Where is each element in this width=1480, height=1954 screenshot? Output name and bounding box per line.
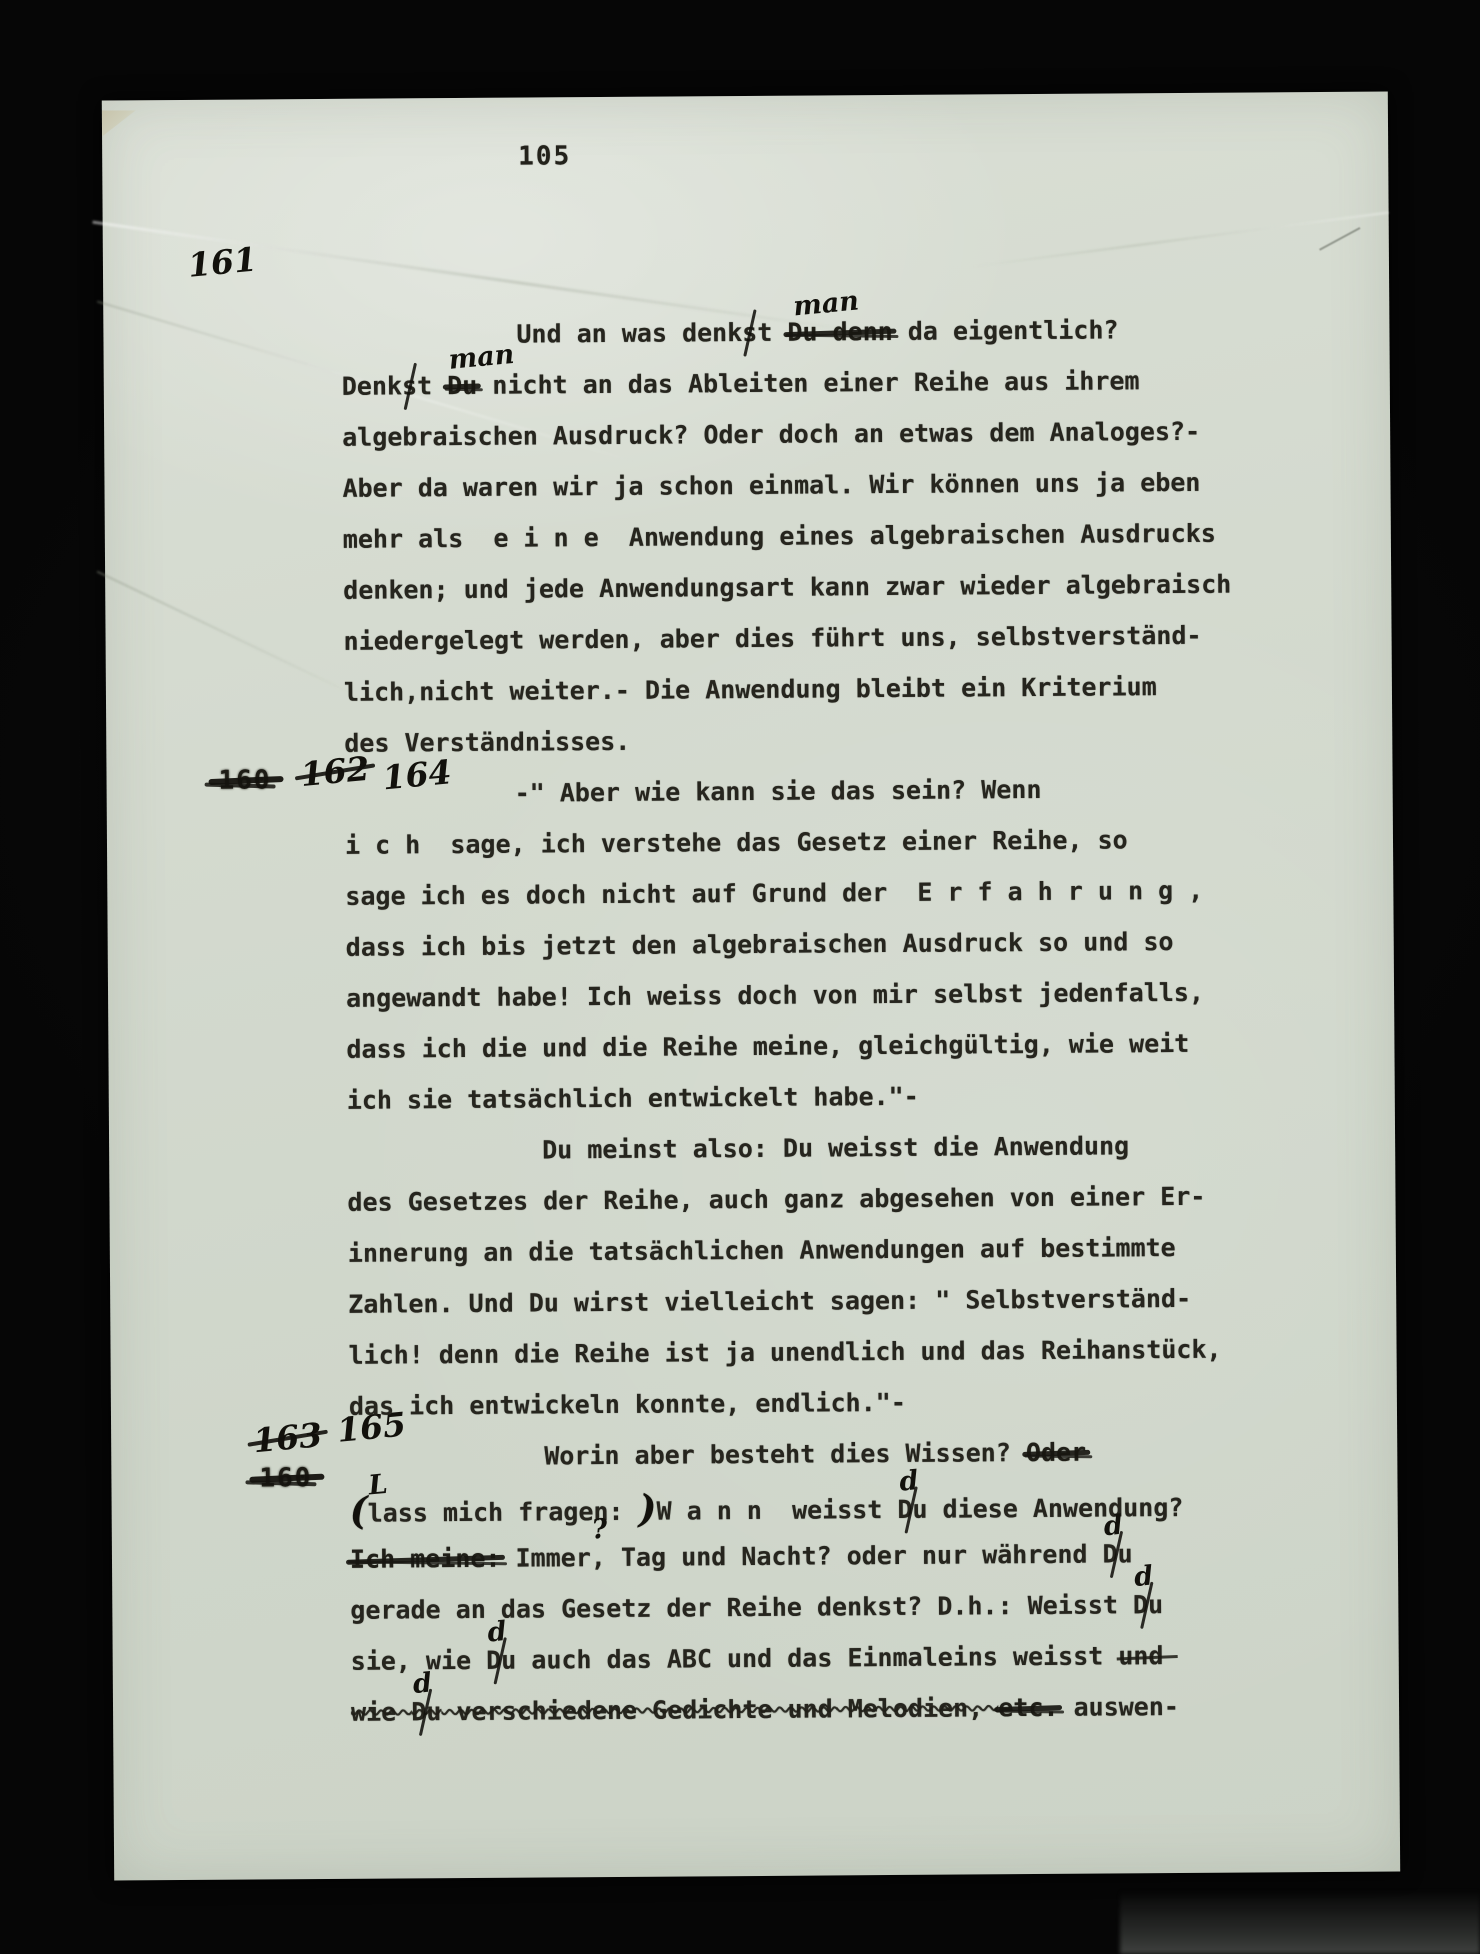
typed-line: denken; und jede Anwendungsart kann zwar…: [343, 558, 1343, 616]
typed-segment: Ich meine:: [350, 1544, 501, 1574]
margin-number: 161: [187, 243, 259, 282]
typed-segment: Denk: [342, 371, 402, 400]
typed-segment: Dud: [1102, 1539, 1132, 1568]
typed-segment: dass ich die und die Reihe meine, gleich…: [346, 1029, 1189, 1064]
typed-segment: Dud: [1133, 1590, 1163, 1619]
typed-segment: ,?: [591, 1543, 606, 1572]
typed-segment: das ich entwickeln konnte, endlich."-: [349, 1388, 906, 1421]
typed-segment: Du meinst also: Du weisst die Anwendung: [542, 1131, 1129, 1164]
corner-fold: [102, 110, 136, 136]
typed-segment: Dud: [486, 1646, 516, 1675]
typed-line: Zahlen. Und Du wirst vielleicht sagen: "…: [348, 1272, 1348, 1330]
typed-line: wie Dud verschiedene Gedichte und Melodi…: [351, 1680, 1351, 1738]
typed-segment: ich sie tatsächlich entwickelt habe."-: [347, 1082, 919, 1115]
page-number: 105: [518, 141, 571, 171]
pencil-scratch: [1319, 227, 1360, 251]
margin-number: 160: [259, 1465, 312, 1491]
typed-segment: Aber da waren wir ja schon einmal. Wir k…: [342, 468, 1200, 503]
typed-segment: Dud: [897, 1495, 927, 1524]
handwritten-insertion: L: [367, 1471, 388, 1500]
paper-crease: [972, 212, 1389, 268]
typed-line: innerung an die tatsächlichen Anwendunge…: [348, 1221, 1348, 1279]
typed-segment: innerung an die tatsächlichen Anwendunge…: [348, 1233, 1176, 1268]
photo-background: 105 161160162164163165160 Und an was den…: [0, 0, 1480, 1954]
typed-line: ich sie tatsächlich entwickelt habe."-: [347, 1068, 1347, 1126]
typed-segment: i c h sage, ich verstehe das Gesetz eine…: [345, 825, 1128, 859]
typed-segment: Zahlen. Und Du wirst vielleicht sagen: "…: [348, 1284, 1191, 1319]
handwritten-insertion: d: [487, 1618, 508, 1647]
typed-line: sie, wie Dud auch das ABC und das Einmal…: [351, 1629, 1351, 1687]
typed-segment: niedergelegt werden, aber dies führt uns…: [343, 621, 1201, 656]
typed-line: lich,nicht weiter.- Die Anwendung bleibt…: [344, 660, 1344, 718]
typed-segment: dass ich bis jetzt den algebraischen Aus…: [346, 927, 1174, 962]
handwritten-insertion: d: [1103, 1512, 1124, 1541]
typed-segment: da eigentlich?: [893, 315, 1119, 346]
typed-line: mehr als e i n e Anwendung eines algebra…: [343, 507, 1343, 565]
typed-segment: des Verständnisses.: [344, 727, 630, 758]
typed-line: algebraischen Ausdruck? Oder doch an etw…: [342, 405, 1342, 463]
typed-line: angewandt habe! Ich weiss doch von mir s…: [346, 966, 1346, 1024]
typed-segment: lL: [368, 1499, 383, 1528]
typed-line: des Verständnisses.: [344, 711, 1344, 769]
typed-line: (lLass mich fragen: )W a n n weisst Dud …: [349, 1476, 1349, 1534]
handwritten-insertion: d: [412, 1669, 433, 1698]
typed-line: i c h sage, ich verstehe das Gesetz eine…: [345, 813, 1345, 871]
typed-segment: Immer: [500, 1543, 591, 1573]
typed-segment: verschiedene Gedichte und Melodien,: [441, 1693, 998, 1726]
typed-line: niedergelegt werden, aber dies führt uns…: [343, 609, 1343, 667]
typed-segment: etc.: [998, 1693, 1058, 1722]
typed-segment: nicht an das Ableiten einer Reihe aus ih…: [477, 366, 1139, 400]
typed-line: sage ich es doch nicht auf Grund der E r…: [345, 864, 1345, 922]
typed-segment: lich! denn die Reihe ist ja unendlich un…: [348, 1335, 1221, 1370]
margin-number: 163: [252, 1418, 324, 1457]
typed-line: Aber da waren wir ja schon einmal. Wir k…: [342, 456, 1342, 514]
typed-segment: lich,nicht weiter.- Die Anwendung bleibt…: [344, 672, 1157, 707]
handwritten-insertion: d: [1133, 1562, 1154, 1591]
typed-segment: und: [1118, 1641, 1163, 1670]
typed-line: Worin aber besteht dies Wissen? Oder: [349, 1425, 1349, 1483]
typed-segment: Oder: [1026, 1438, 1086, 1467]
paper-crease: [97, 571, 368, 702]
typed-segment: -" Aber wie kann sie das sein? Wenn: [515, 775, 1042, 808]
typed-segment: Dud: [411, 1697, 441, 1726]
text-block: Und an was denkst Du dennman da eigentli…: [341, 303, 1351, 1738]
typed-line: -" Aber wie kann sie das sein? Wenn: [344, 762, 1344, 820]
manuscript-page: 105 161160162164163165160 Und an was den…: [102, 92, 1400, 1881]
typed-line: des Gesetzes der Reihe, auch ganz abgese…: [347, 1170, 1347, 1228]
handwritten-insertion: ?: [590, 1515, 608, 1543]
typed-segment: W a n n weisst: [656, 1495, 897, 1526]
handwritten-insertion: d: [898, 1467, 919, 1496]
typed-segment: algebraischen Ausdruck? Oder doch an etw…: [342, 417, 1200, 452]
typed-segment: angewandt habe! Ich weiss doch von mir s…: [346, 978, 1204, 1013]
typed-segment: gerade an das Gesetz der Reihe denkst? D…: [350, 1590, 1133, 1624]
typed-line: Ich meine: Immer,? Tag und Nacht? oder n…: [350, 1527, 1350, 1585]
typed-segment: Du dennman: [787, 317, 893, 347]
handwritten-paren: ): [638, 1486, 656, 1531]
typed-segment: s: [742, 318, 757, 347]
margin-number: 160: [218, 767, 271, 793]
typed-segment: auch das ABC und das Einmaleins weisst: [516, 1641, 1118, 1674]
typed-segment: Worin aber besteht dies Wissen?: [544, 1438, 1026, 1470]
handwritten-paren: (: [349, 1488, 367, 1533]
typed-line: Denkst Duman nicht an das Ableiten einer…: [342, 354, 1342, 412]
typed-segment: mehr als e i n e Anwendung eines algebra…: [343, 519, 1216, 554]
typed-segment: sage ich es doch nicht auf Grund der E r…: [345, 876, 1203, 911]
typed-segment: s: [402, 371, 417, 400]
typed-segment: wie: [351, 1697, 411, 1726]
typed-line: das ich entwickeln konnte, endlich."-: [349, 1374, 1349, 1432]
typed-line: Du meinst also: Du weisst die Anwendung: [347, 1119, 1347, 1177]
handwritten-insertion: man: [792, 287, 860, 320]
handwritten-insertion: man: [448, 341, 516, 374]
table-edge: [1120, 1890, 1480, 1954]
typed-segment: Und an was denk: [516, 318, 742, 349]
typed-segment: Duman: [447, 371, 477, 400]
typed-segment: denken; und jede Anwendungsart kann zwar…: [343, 570, 1231, 605]
typed-segment: diese Anwendung?: [927, 1493, 1183, 1524]
typed-line: dass ich die und die Reihe meine, gleich…: [346, 1017, 1346, 1075]
typed-line: dass ich bis jetzt den algebraischen Aus…: [346, 915, 1346, 973]
typed-line: lich! denn die Reihe ist ja unendlich un…: [348, 1323, 1348, 1381]
margin-annotations: 161160162164163165160: [102, 92, 1388, 101]
typed-segment: Tag und Nacht? oder nur während: [606, 1540, 1103, 1572]
typed-segment: des Gesetzes der Reihe, auch ganz abgese…: [347, 1182, 1205, 1217]
typed-segment: auswen-: [1058, 1692, 1179, 1722]
